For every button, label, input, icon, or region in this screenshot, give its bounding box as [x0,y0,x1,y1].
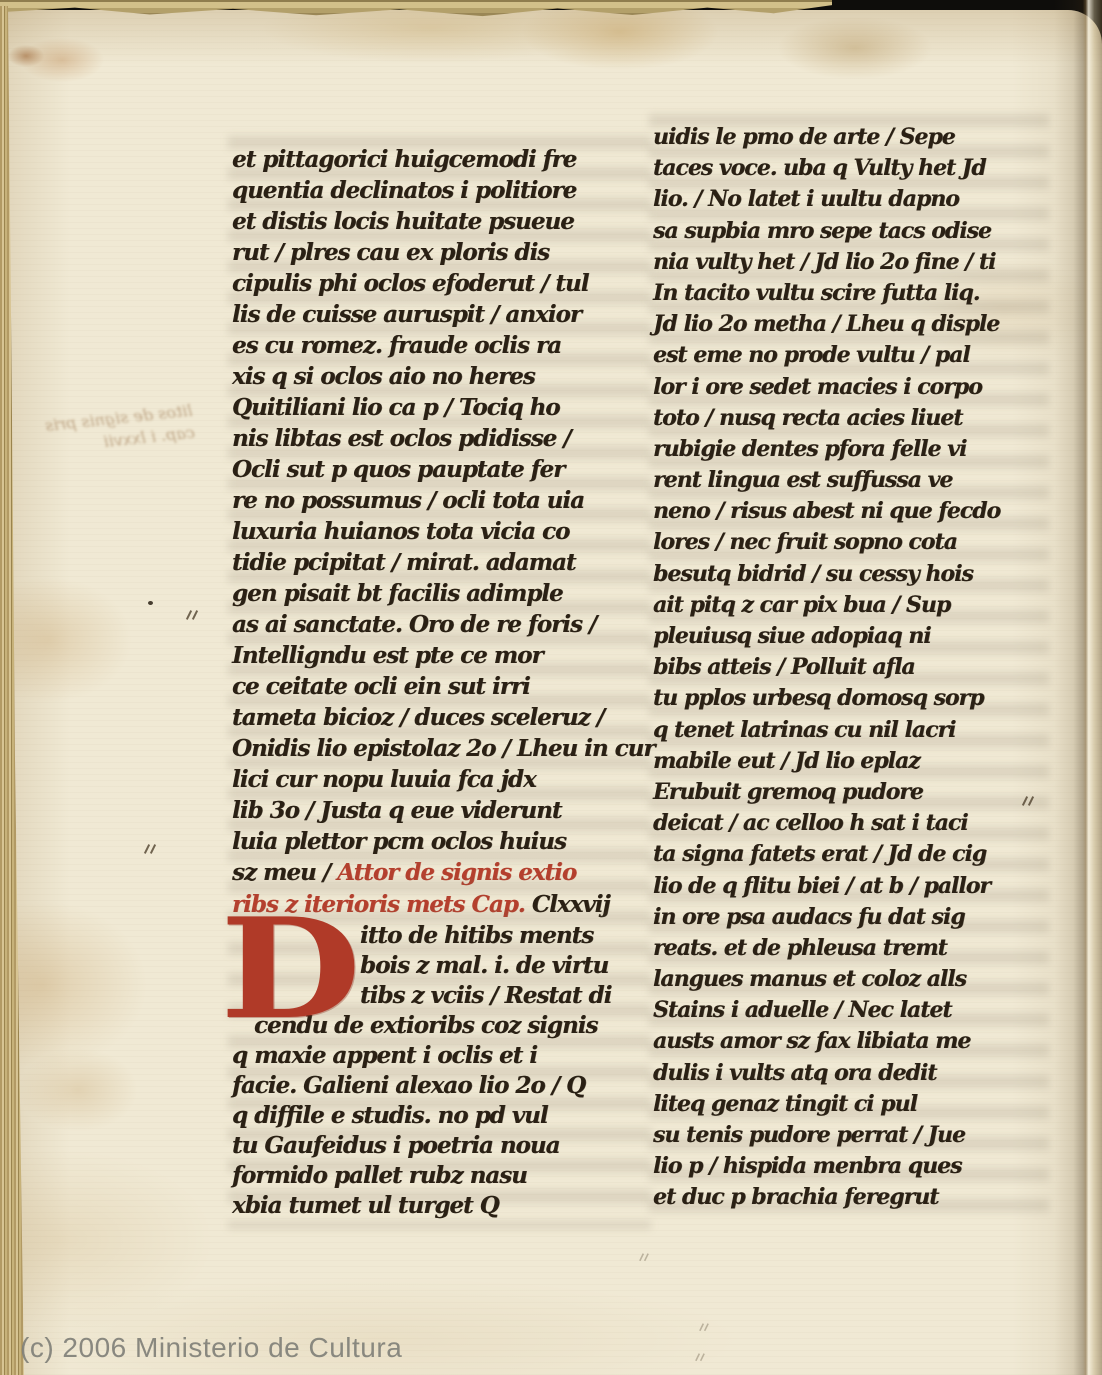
manuscript-text-line: ce ceitate ocli ein sut irri [232,671,647,702]
manuscript-text-line: bibs atteis / Polluit afla [653,652,1045,683]
manuscript-text-line: rent lingua est suffussa ve [653,465,1045,496]
manuscript-text-line: es cu romez. fraude oclis ra [232,330,647,361]
manuscript-text-line: Stains i aduelle / Nec latet [653,995,1045,1026]
manuscript-text-line: q diffile e studis. no pd vul [232,1101,647,1131]
manuscript-text-line: cipulis phi oclos efoderut / tul [232,268,647,299]
manuscript-text-line: quentia declinatos i politiore [232,175,647,206]
right-column-body: uidis le pmo de arte / Sepetaces voce. u… [653,122,1045,1214]
manuscript-text-line: rubigie dentes pfora felle vi [653,434,1045,465]
manuscript-text-line: et pittagorici huigcemodi fre [232,144,647,175]
scribal-quote-mark [639,1253,649,1263]
manuscript-text-line: toto / nusq recta acies liuet [653,403,1045,434]
manuscript-text-line: Onidis lio epistolaz 2o / Lheu in cur [232,733,647,764]
manuscript-text-line: lib 3o / Justa q eue viderunt [232,795,647,826]
left-text-column: et pittagorici huigcemodi frequentia dec… [232,144,647,1221]
manuscript-text-line: q tenet latrinas cu nil lacri [653,715,1045,746]
manuscript-text-line: pleuiusq siue adopiaq ni [653,621,1045,652]
manuscript-text-line: lis de cuisse auruspit / anxior [232,299,647,330]
drop-cap-initial-d: D [220,906,361,1033]
manuscript-photo: litos de signis pris cap. i lxxvii et pi… [0,0,1102,1375]
manuscript-text-line: et duc p brachia feregrut [653,1182,1045,1213]
manuscript-text-line: tidie pcipitat / mirat. adamat [232,547,647,578]
manuscript-text-line: mabile eut / Jd lio eplaz [653,746,1045,777]
manuscript-text-line: su tenis pudore perrat / Jue [653,1120,1045,1151]
manuscript-text-line: re no possumus / ocli tota uia [232,485,647,516]
manuscript-text-line: tibs z vciis / Restat di [360,981,647,1011]
manuscript-text-line: nis libtas est oclos pdidisse / [232,423,647,454]
rubric-line: sz meu / Attor de signis extio [232,857,647,889]
manuscript-text-line: sa supbia mro sepe tacs odise [653,216,1045,247]
manuscript-text-line: in ore psa audacs fu dat sig [653,902,1045,933]
manuscript-text-line: lio p / hispida menbra ques [653,1151,1045,1182]
right-text-column: uidis le pmo de arte / Sepetaces voce. u… [653,122,1045,1214]
manuscript-text-line: as ai sanctate. Oro de re foris / [232,609,647,640]
manuscript-text-line: ait pitq z car pix bua / Sup [653,590,1045,621]
manuscript-text-line: Ocli sut p quos pauptate fer [232,454,647,485]
manuscript-text-line: lici cur nopu luuia fca jdx [232,764,647,795]
manuscript-text-line: Quitiliani lio ca p / Tociq ho [232,392,647,423]
manuscript-text-line: lio. / No latet i uultu dapno [653,184,1045,215]
manuscript-text-line: lores / nec fruit sopno cota [653,527,1045,558]
manuscript-text-line: In tacito vultu scire futta liq. [653,278,1045,309]
manuscript-text-line: deicat / ac celloo h sat i taci [653,808,1045,839]
show-through-note: litos de signis pris cap. i lxxvii [32,400,196,460]
ink-speck [146,601,158,613]
copyright-watermark: (c) 2006 Ministerio de Cultura [20,1332,402,1364]
manuscript-text-line: ta signa fatets erat / Jd de cig [653,839,1045,870]
manuscript-text-line: formido pallet rubz nasu [232,1161,647,1191]
manuscript-text-line: austs amor sz fax libiata me [653,1026,1045,1057]
manuscript-text-line: facie. Galieni alexao lio 2o / Q [232,1071,647,1101]
manuscript-text-line: Jd lio 2o metha / Lheu q disple [653,309,1045,340]
manuscript-text-line: Intelligndu est pte ce mor [232,640,647,671]
manuscript-text-line: luia plettor pcm oclos huius [232,826,647,857]
left-column-body: et pittagorici huigcemodi frequentia dec… [232,144,647,857]
scribal-quote-mark [144,844,156,856]
manuscript-text-line: neno / risus abest ni que fecdo [653,496,1045,527]
manuscript-text-line: est eme no prode vultu / pal [653,340,1045,371]
scribal-quote-mark [186,610,198,622]
manuscript-text-line: tu Gaufeidus i poetria noua [232,1131,647,1161]
manuscript-text-line: uidis le pmo de arte / Sepe [653,122,1045,153]
manuscript-text-line: lor i ore sedet macies i corpo [653,372,1045,403]
manuscript-text-line: gen pisait bt facilis adimple [232,578,647,609]
manuscript-text-line: xis q si oclos aio no heres [232,361,647,392]
manuscript-text-line: luxuria huianos tota vicia co [232,516,647,547]
manuscript-text-line: besutq bidrid / su cessy hois [653,559,1045,590]
manuscript-text-line: lio de q flitu biei / at b / pallor [653,871,1045,902]
manuscript-text-line: tameta bicioz / duces sceleruz / [232,702,647,733]
manuscript-text-line: Erubuit gremoq pudore [653,777,1045,808]
manuscript-text-line: taces voce. uba q Vulty het Jd [653,153,1045,184]
rubric-prefix: sz meu / [232,859,330,886]
manuscript-text-line: bois z mal. i. de virtu [360,951,647,981]
rubric-red-text: Attor de signis extio [337,859,576,886]
rubric-chapter-number: Clxxvij [532,891,610,918]
manuscript-text-line: reats. et de phleusa tremt [653,933,1045,964]
manuscript-text-line: xbia tumet ul turget Q [232,1191,647,1221]
manuscript-text-line: liteq genaz tingit ci pul [653,1089,1045,1120]
manuscript-text-line: tu pplos urbesq domosq sorp [653,683,1045,714]
scribal-quote-mark [695,1353,705,1363]
manuscript-text-line: et distis locis huitate psueue [232,206,647,237]
manuscript-text-line: langues manus et coloz alls [653,964,1045,995]
manuscript-text-line: itto de hitibs ments [360,921,647,951]
scribal-quote-mark [1022,796,1034,808]
manuscript-text-line: dulis i vults atq ora dedit [653,1058,1045,1089]
manuscript-text-line: rut / plres cau ex ploris dis [232,237,647,268]
manuscript-text-line: nia vulty het / Jd lio 2o fine / ti [653,247,1045,278]
manuscript-page: litos de signis pris cap. i lxxvii et pi… [0,10,1102,1375]
scribal-quote-mark [699,1323,709,1333]
